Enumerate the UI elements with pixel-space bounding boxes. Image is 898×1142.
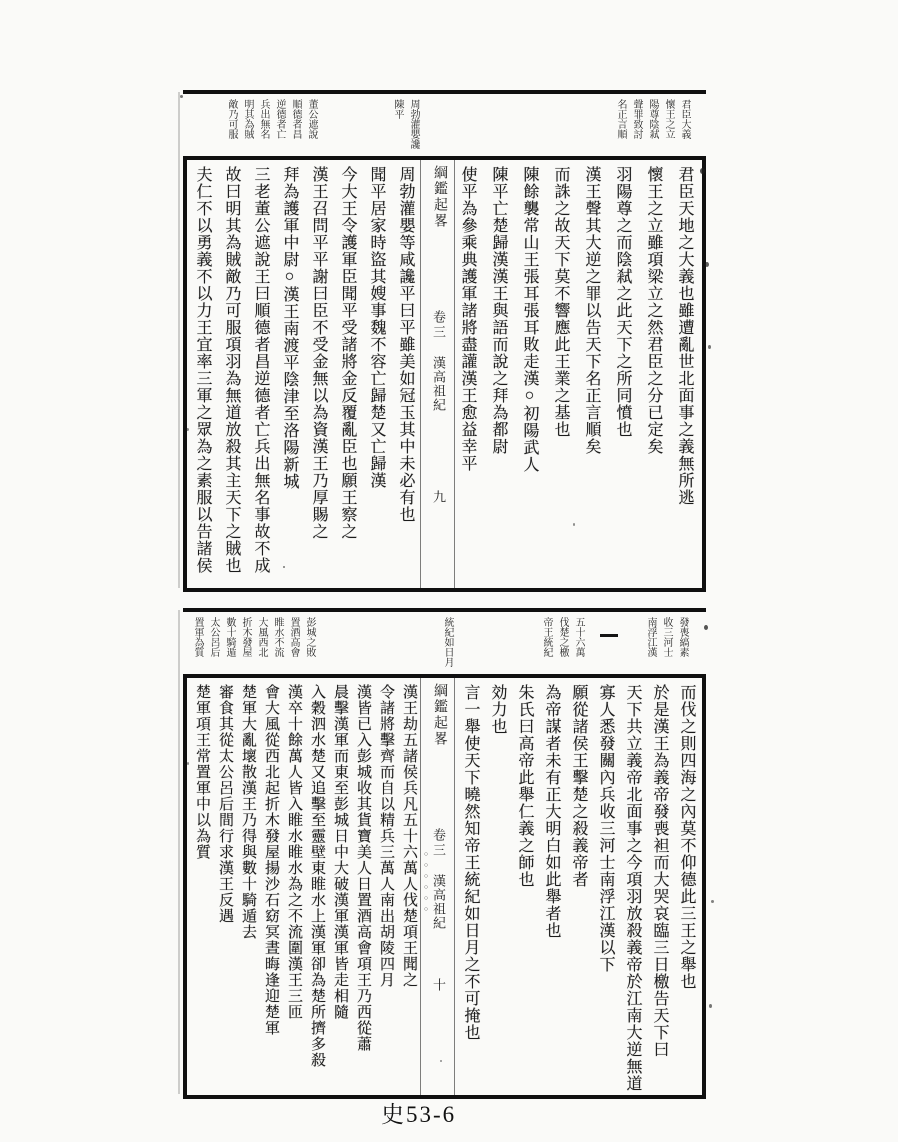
- text-column: 使平為參乘典護軍諸將盡讙漢王愈益幸平: [452, 163, 483, 585]
- gutter-section-label: 漢高祖紀: [429, 874, 448, 930]
- scan-speck: [705, 262, 709, 267]
- margin-note-column: 名正言順: [612, 99, 628, 154]
- text-column: 楚軍項王常置軍中以為質: [190, 681, 213, 1092]
- left-page: 周勃灌嬰等咸讒平曰平雖美如冠玉其中未必有也聞平居家時盜其嫂事魏不容亡歸楚又亡歸漢…: [189, 163, 420, 585]
- text-column: 入穀泗水楚又追擊至靈壁東睢水上漢軍卻為楚所擠多殺: [305, 681, 328, 1092]
- scan-speck: [709, 1004, 712, 1008]
- text-column: 而伐之則四海之內莫不仰德此三王之舉也: [673, 681, 700, 1092]
- text-column: 懷王之立雖項梁立之然君臣之分已定矣: [638, 163, 669, 585]
- margin-notes-group: 彭城之敗置酒高會睢水不流大風西北折木發屋數十騎遁太公呂后置軍為質: [189, 617, 317, 672]
- gutter-volume-label: 卷三: [429, 310, 448, 340]
- top-margin-notes-strip: 董公遮說順德者昌逆德者亡兵出無名明其為賊敵乃可服 周勃灌嬰讒陳平 君臣大義懷王之…: [183, 90, 706, 156]
- margin-note-column: 睢水不流: [269, 617, 285, 672]
- text-column: 陳平亡楚歸漢漢王與語而說之拜為都尉: [483, 163, 514, 585]
- catalog-number: 史53-6: [381, 1096, 456, 1129]
- margin-note-column: 懷王之立: [660, 99, 676, 154]
- left-page: 漢王劫五諸侯兵凡五十六萬人伐楚項王聞之令諸將擊齊而自以精兵三萬人南出胡陵四月漢皆…: [189, 681, 420, 1092]
- text-column: 天下共立義帝北面事之今項羽放殺義帝於江南大逆無道: [619, 681, 646, 1092]
- text-column: 今大王令護軍臣聞平受諸將金反覆亂臣也願王察之: [333, 163, 362, 585]
- text-column: 為帝謀者未有正大明白如此舉者也: [538, 681, 565, 1092]
- margin-note-column: 陽尊陰弒: [644, 99, 660, 154]
- text-column: 羽陽尊之而陰弒之此天下之所同憤也: [607, 163, 638, 585]
- document-scan: { "footer": { "label": "史53-6" }, "color…: [0, 0, 898, 1142]
- text-column: 令諸將擊齊而自以精兵三萬人南出胡陵四月: [374, 681, 397, 1092]
- margin-note-column: 兵出無名: [255, 99, 271, 154]
- margin-note-column: 敵乃可服: [223, 99, 239, 154]
- text-column: 漢卒十餘萬人皆入睢水睢水為之不流圍漢王三匝: [282, 681, 305, 1092]
- scan-speck: [573, 523, 575, 526]
- text-column: 漢王劫五諸侯兵凡五十六萬人伐楚項王聞之: [397, 681, 420, 1092]
- margin-note-column: 逆德者亡: [271, 99, 287, 154]
- text-column: 楚軍大亂壞散漢王乃得與數十騎遁去: [236, 681, 259, 1092]
- text-column: 漢王召問平平謝曰臣不受金無以為資漢王乃厚賜之: [304, 163, 333, 585]
- scan-speck: [187, 762, 189, 765]
- gutter-section-label: 漢高祖紀: [429, 356, 448, 412]
- text-column: 朱氏曰高帝此舉仁義之師也: [511, 681, 538, 1092]
- top-page-spread: 董公遮說順德者昌逆德者亡兵出無名明其為賊敵乃可服 周勃灌嬰讒陳平 君臣大義懷王之…: [183, 90, 706, 592]
- margin-notes-group: 君臣大義懷王之立陽尊陰弒聲罪致討名正言順: [612, 99, 692, 154]
- margin-note-column: 君臣大義: [676, 99, 692, 154]
- margin-note-column: 收三河士: [658, 617, 674, 672]
- text-column: 言一舉使天下曉然知帝王統紀如日月之不可掩也: [457, 681, 484, 1092]
- text-column: 漢王聲其大逆之罪以告天下名正言順矣: [576, 163, 607, 585]
- margin-note-column: 周勃灌嬰讒陳平: [389, 99, 421, 154]
- gutter-title: 綱鑑起畧: [429, 165, 449, 229]
- margin-note-column: 統紀如日月: [439, 617, 455, 672]
- gutter-page-number: 十: [429, 978, 448, 991]
- text-column: 拜為護軍中尉○漢王南渡平陰津至洛陽新城: [275, 163, 304, 585]
- text-column: 夫仁不以勇義不以力王宜率三軍之眾為之素服以告諸侯: [189, 163, 217, 585]
- margin-notes-group: 統紀如日月: [439, 617, 455, 672]
- margin-note-column: 置軍為質: [189, 617, 205, 672]
- margin-note-column: 數十騎遁: [221, 617, 237, 672]
- text-column: 會大風從西北起折木發屋揚沙石窈冥晝晦逢迎楚軍: [259, 681, 282, 1092]
- margin-note-column: 太公呂后: [205, 617, 221, 672]
- page-frame: 周勃灌嬰等咸讒平曰平雖美如冠玉其中未必有也聞平居家時盜其嫂事魏不容亡歸楚又亡歸漢…: [183, 156, 706, 592]
- scan-speck: [700, 168, 705, 174]
- margin-note-column: 伐楚之檄: [554, 617, 570, 672]
- text-column: 聞平居家時盜其嫂事魏不容亡歸楚又亡歸漢: [362, 163, 391, 585]
- text-column: 効力也: [484, 681, 511, 1092]
- margin-notes-group: 董公遮說順德者昌逆德者亡兵出無名明其為賊敵乃可服: [223, 99, 319, 154]
- margin-note-column: 五十六萬: [570, 617, 586, 672]
- margin-note-column: 發喪縞素: [674, 617, 690, 672]
- text-column: 三老董公遮說王曰順德者昌逆德者亡兵出無名事故不成: [246, 163, 275, 585]
- margin-note-column: 順德者昌: [287, 99, 303, 154]
- right-page: 君臣天地之大義也雖遭亂世北面事之義無所逃懷王之立雖項梁立之然君臣之分已定矣羽陽尊…: [452, 163, 700, 585]
- gutter-page-number: 九: [429, 490, 448, 503]
- margin-note-column: 帝王統紀: [538, 617, 554, 672]
- scan-speck: [186, 428, 189, 431]
- gutter-volume-label: 卷三: [429, 828, 448, 858]
- margin-note-column: 折木發屋: [237, 617, 253, 672]
- scan-speck: [711, 900, 714, 903]
- margin-note-column: 南浮江漢: [642, 617, 658, 672]
- margin-note-column: 大風西北: [253, 617, 269, 672]
- scan-speck: [440, 1060, 442, 1062]
- text-column: 漢皆已入彭城收其貨寶美人日置酒高會項王乃西從蕭: [351, 681, 374, 1092]
- text-column: 於是漢王為義帝發喪袒而大哭哀臨三日檄告天下曰: [646, 681, 673, 1092]
- page-frame: 漢王劫五諸侯兵凡五十六萬人伐楚項王聞之令諸將擊齊而自以精兵三萬人南出胡陵四月漢皆…: [183, 674, 706, 1099]
- scan-speck: [704, 625, 708, 630]
- margin-note-column: 置酒高會: [285, 617, 301, 672]
- text-column: 而誅之故天下莫不響應此王業之基也: [545, 163, 576, 585]
- text-column: 審食其從太公呂后間行求漢王反遇: [213, 681, 236, 1092]
- text-column: 君臣天地之大義也雖遭亂世北面事之義無所逃: [669, 163, 700, 585]
- center-gutter: 綱鑑起畧 卷三 漢高祖紀 ○○○○○○ 十: [420, 678, 455, 1095]
- margin-notes-group: 五十六萬伐楚之檄帝王統紀: [538, 617, 586, 672]
- center-gutter: 綱鑑起畧 卷三 漢高祖紀 九: [420, 160, 455, 588]
- scan-speck: [283, 566, 285, 568]
- margin-notes-group: 發喪縞素收三河士南浮江漢: [642, 617, 690, 672]
- page-edge-line: [178, 610, 180, 1094]
- right-page: 而伐之則四海之內莫不仰德此三王之舉也於是漢王為義帝發喪袒而大哭哀臨三日檄告天下曰…: [452, 681, 700, 1092]
- bottom-page-spread: 彭城之敗置酒高會睢水不流大風西北折木發屋數十騎遁太公呂后置軍為質 統紀如日月 五…: [183, 608, 706, 1099]
- margin-note-column: 聲罪致討: [628, 99, 644, 154]
- margin-note-column: 彭城之敗: [301, 617, 317, 672]
- dash-mark: [600, 634, 618, 637]
- page-edge-line: [178, 92, 180, 588]
- margin-note-column: 明其為賊: [239, 99, 255, 154]
- text-column: 寡人悉發關內兵收三河士南浮江漢以下: [592, 681, 619, 1092]
- gutter-punctuation-dots: ○○○○○○: [422, 850, 430, 916]
- gutter-title: 綱鑑起畧: [429, 683, 449, 747]
- text-column: 故曰明其為賊敵乃可服項羽為無道放殺其主天下之賊也: [217, 163, 246, 585]
- text-column: 願從諸侯王擊楚之殺義帝者: [565, 681, 592, 1092]
- scan-speck: [708, 345, 711, 349]
- margin-notes-group: 周勃灌嬰讒陳平: [389, 99, 421, 154]
- text-column: 陳餘襲常山王張耳張耳敗走漢○初陽武人: [514, 163, 545, 585]
- scan-speck: [180, 95, 183, 98]
- bottom-margin-notes-strip: 彭城之敗置酒高會睢水不流大風西北折木發屋數十騎遁太公呂后置軍為質 統紀如日月 五…: [183, 608, 706, 674]
- text-column: 周勃灌嬰等咸讒平曰平雖美如冠玉其中未必有也: [391, 163, 420, 585]
- margin-note-column: 董公遮說: [303, 99, 319, 154]
- text-column: 晨擊漢軍而東至彭城日中大破漢軍漢軍皆走相隨: [328, 681, 351, 1092]
